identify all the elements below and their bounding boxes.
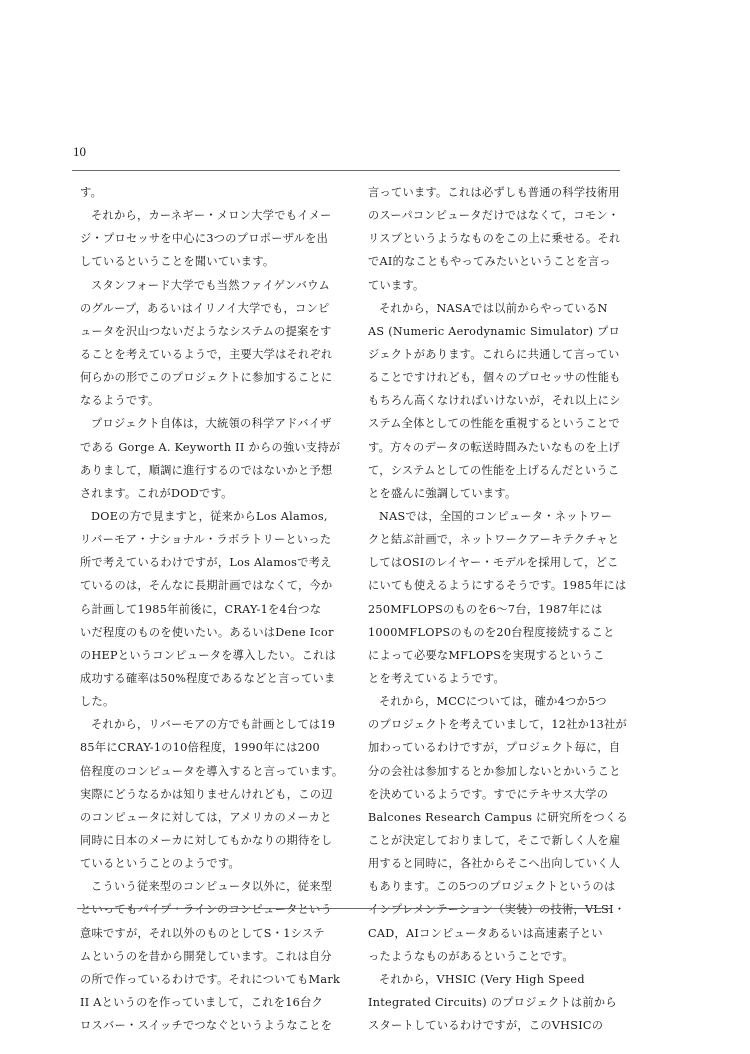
text-line: AS (Numeric Aerodynamic Simulator) プロ	[368, 320, 625, 343]
text-line: なるようです。	[80, 389, 348, 412]
text-line: DOEの方で見ますと，従来からLos Alamos,	[80, 505, 348, 528]
text-line: スタートしているわけですが，このVHSICの	[368, 1014, 625, 1037]
text-line: 意味ですが，それ以外のものとしてS・1システ	[80, 922, 348, 945]
text-line: しているということを聞いています。	[80, 250, 348, 273]
text-line: でAI的なこともやってみたいということを言っ	[368, 250, 625, 273]
text-line: 成功する確率は50%程度であるなどと言っていま	[80, 667, 348, 690]
text-line: CAD，AIコンピュータあるいは高速素子とい	[368, 922, 625, 945]
text-line: それから，カーネギー・メロン大学でもイメー	[80, 204, 348, 227]
text-line: 分の会社は参加するとか参加しないとかいうこと	[368, 760, 625, 783]
text-line: の所で作っているわけです。それについてもMark	[80, 968, 348, 991]
text-line: 何らかの形でこのプロジェクトに参加することに	[80, 366, 348, 389]
text-line: である Gorge A. Keyworth II からの強い支持が	[80, 436, 348, 459]
text-line: いだ程度のものを使いたい。あるいはDene Icor	[80, 621, 348, 644]
text-line: のコンピュータに対しては，アメリカのメーカと	[80, 806, 348, 829]
text-line: のグループ，あるいはイリノイ大学でも，コンピ	[80, 297, 348, 320]
text-line: ジェクトがあります。これらに共通して言ってい	[368, 343, 625, 366]
text-line: インプレメンテーション（実装）の技術，VLSI・	[368, 898, 625, 921]
text-line: それから，リバーモアの方でも計画としては19	[80, 713, 348, 736]
text-line: ことが決定しておりまして，そこで新しく人を雇	[368, 829, 625, 852]
text-line: それから，VHSIC (Very High Speed	[368, 968, 625, 991]
text-line: す。方々のデータの転送時間みたいなものを上げ	[368, 436, 625, 459]
text-line: それから，NASAでは以前からやっているN	[368, 297, 625, 320]
text-line: ったようなものがあるということです。	[368, 945, 625, 968]
text-line: ジ・プロセッサを中心に3つのプロポーザルを出	[80, 227, 348, 250]
text-line: 同時に日本のメーカに対してもかなりの期待をし	[80, 829, 348, 852]
text-line: もちろん高くなければいけないが，それ以上にシ	[368, 389, 625, 412]
text-line: 所で考えているわけですが，Los Alamosで考え	[80, 551, 348, 574]
text-line: Integrated Circuits) のプロジェクトは前から	[368, 991, 625, 1014]
text-line: 250MFLOPSのものを6～7台，1987年には	[368, 598, 625, 621]
text-line: ることを考えているようで，主要大学はそれぞれ	[80, 343, 348, 366]
text-line: て，システムとしての性能を上げるんだというこ	[368, 459, 625, 482]
text-line: のプロジェクトを考えていまして，12社か13社が	[368, 713, 625, 736]
text-line: ュータを沢山つないだようなシステムの提案をす	[80, 320, 348, 343]
text-line: ムというのを昔から開発しています。これは自分	[80, 945, 348, 968]
text-line: した。	[80, 690, 348, 713]
text-line: ありまして，順調に進行するのではないかと予想	[80, 459, 348, 482]
text-line: プロジェクト自体は，大統領の科学アドバイザ	[80, 412, 348, 435]
text-line: クと結ぶ計画で，ネットワークアーキテクチャと	[368, 528, 625, 551]
text-line: NASでは，全国的コンピュータ・ネットワー	[368, 505, 625, 528]
text-line: Balcones Research Campus に研究所をつくる	[368, 806, 625, 829]
text-line: ステム全体としての性能を重視するということで	[368, 412, 625, 435]
text-line: リスプというようなものをこの上に乗せる。それ	[368, 227, 625, 250]
text-line: のHEPというコンピュータを導入したい。これは	[80, 644, 348, 667]
text-line: されます。これがDODです。	[80, 482, 348, 505]
text-line: リバーモア・ナショナル・ラボラトリーといった	[80, 528, 348, 551]
text-line: ら計画して1985年前後に，CRAY-1を4台つな	[80, 598, 348, 621]
page-number: 10	[73, 144, 86, 160]
text-line: といってもパイプ・ラインのコンピュータという	[80, 898, 348, 921]
footer-rule	[77, 908, 612, 909]
header-rule	[72, 170, 620, 171]
text-line: とを考えているようです。	[368, 667, 625, 690]
text-line: それから，MCCについては，確か4つか5つ	[368, 690, 625, 713]
text-line: スタンフォード大学でも当然ファイゲンバウム	[80, 274, 348, 297]
text-line: にいても使えるようにするそうです。1985年には	[368, 574, 625, 597]
text-line: ることですけれども，個々のプロセッサの性能も	[368, 366, 625, 389]
text-line: とを盛んに強調しています。	[368, 482, 625, 505]
text-line: ロスバー・スイッチでつなぐというようなことを	[80, 1014, 348, 1037]
text-line: もあります。この5つのプロジェクトというのは	[368, 875, 625, 898]
text-line: ています。	[368, 274, 625, 297]
text-line: 実際にどうなるかは知りませんけれども，この辺	[80, 783, 348, 806]
text-line: す。	[80, 181, 348, 204]
text-line: によって必要なMFLOPSを実現するというこ	[368, 644, 625, 667]
text-line: 倍程度のコンピュータを導入すると言っています。	[80, 760, 348, 783]
text-line: のスーパコンピュータだけではなくて，コモン・	[368, 204, 625, 227]
text-line: を決めているようです。すでにテキサス大学の	[368, 783, 625, 806]
text-line: ているのは，そんなに長期計画ではなくて，今か	[80, 574, 348, 597]
text-line: 1000MFLOPSのものを20台程度接続すること	[368, 621, 625, 644]
text-line: 言っています。これは必ずしも普通の科学技術用	[368, 181, 625, 204]
text-line: してはOSIのレイヤー・モデルを採用して，どこ	[368, 551, 625, 574]
text-line: ているということのようです。	[80, 852, 348, 875]
text-line: 加わっているわけですが，プロジェクト毎に，自	[368, 736, 625, 759]
text-line: 85年にCRAY-1の10倍程度，1990年には200	[80, 736, 348, 759]
text-line: 用すると同時に，各社からそこへ出向していく人	[368, 852, 625, 875]
text-line: こういう従来型のコンピュータ以外に，従来型	[80, 875, 348, 898]
text-line: II Aというのを作っていまして，これを16台ク	[80, 991, 348, 1014]
